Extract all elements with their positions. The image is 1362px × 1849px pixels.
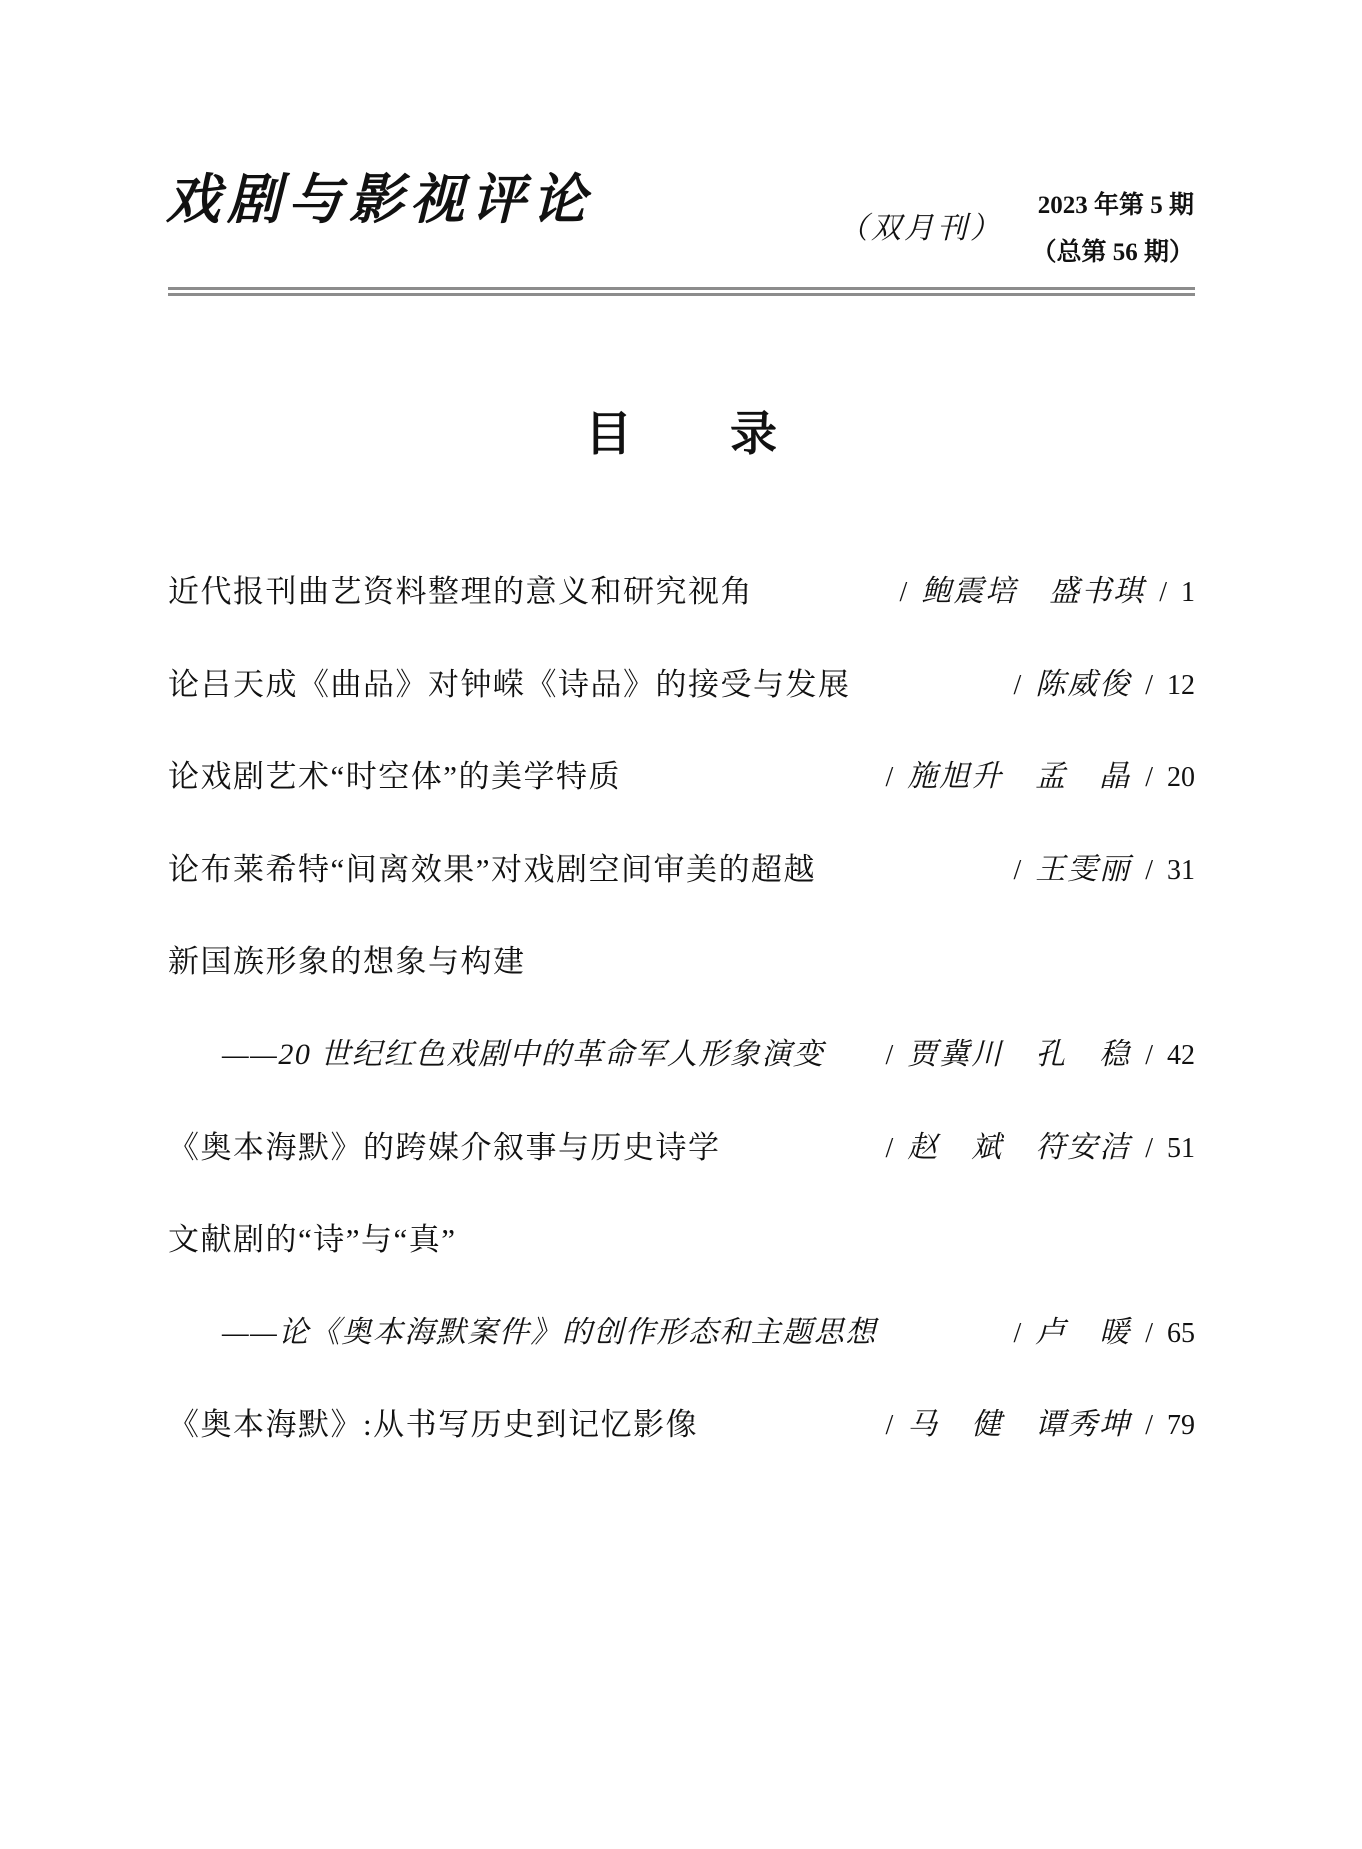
separator-slash: / [1145, 854, 1153, 888]
separator-slash: / [885, 1039, 893, 1073]
separator-slash: / [1013, 854, 1021, 888]
separator-slash: / [1013, 669, 1021, 703]
toc-entry: 论布莱希特“间离效果”对戏剧空间审美的超越 / 王雯丽 / 31 [168, 853, 1195, 946]
separator-slash: / [1145, 669, 1153, 703]
article-authors-page: / 鲍震培 盛书琪 / 1 [869, 575, 1195, 610]
header-divider-rule [168, 287, 1195, 296]
article-title: 论戏剧艺术“时空体”的美学特质 [168, 760, 621, 794]
article-subtitle: ——20 世纪红色戏剧中的革命军人形象演变 [168, 1038, 824, 1072]
page-number: 20 [1167, 761, 1195, 795]
article-authors-page: / 施旭升 孟 晶 / 20 [855, 760, 1195, 795]
article-authors-page: / 卢 暖 / 65 [983, 1316, 1195, 1351]
toc-entry-subtitle: ——论《奥本海默案件》的创作形态和主题思想 / 卢 暖 / 65 [168, 1316, 1195, 1409]
toc-heading: 目 录 [0, 410, 1362, 460]
separator-slash: / [1013, 1317, 1021, 1351]
article-title: 新国族形象的想象与构建 [168, 945, 526, 979]
article-title: 论吕天成《曲品》对钟嵘《诗品》的接受与发展 [168, 668, 851, 702]
toc-list: 近代报刊曲艺资料整理的意义和研究视角 / 鲍震培 盛书琪 / 1 论吕天成《曲品… [168, 575, 1195, 1501]
article-authors: 鲍震培 盛书琪 [921, 575, 1145, 609]
article-title: 论布莱希特“间离效果”对戏剧空间审美的超越 [168, 853, 816, 887]
toc-entry: 新国族形象的想象与构建 [168, 945, 1195, 1038]
toc-heading-char-left: 目 [585, 410, 632, 460]
page-number: 42 [1167, 1039, 1195, 1073]
issue-total-number: （总第 56 期） [1031, 240, 1194, 265]
separator-slash: / [1145, 761, 1153, 795]
separator-slash: / [1145, 1039, 1153, 1073]
journal-toc-page: 戏剧与影视评论 （双月刊） 2023 年第 5 期 （总第 56 期） 目 录 … [0, 0, 1362, 1849]
article-authors: 施旭升 孟 晶 [907, 760, 1131, 794]
separator-slash: / [885, 1409, 893, 1443]
article-authors: 王雯丽 [1035, 853, 1131, 887]
issue-info: 2023 年第 5 期 （总第 56 期） [1031, 193, 1194, 265]
toc-entry: 《奥本海默》的跨媒介叙事与历史诗学 / 赵 斌 符安洁 / 51 [168, 1131, 1195, 1224]
article-authors: 赵 斌 符安洁 [907, 1131, 1131, 1165]
toc-heading-char-right: 录 [730, 410, 777, 460]
toc-entry: 论戏剧艺术“时空体”的美学特质 / 施旭升 孟 晶 / 20 [168, 760, 1195, 853]
page-number: 1 [1181, 576, 1195, 610]
article-authors: 马 健 谭秀坤 [907, 1408, 1131, 1442]
page-number: 65 [1167, 1317, 1195, 1351]
page-number: 51 [1167, 1132, 1195, 1166]
frequency-label: （双月刊） [838, 212, 1003, 246]
separator-slash: / [1145, 1132, 1153, 1166]
article-authors: 卢 暖 [1035, 1316, 1131, 1350]
article-authors-page: / 王雯丽 / 31 [983, 853, 1195, 888]
separator-slash: / [1145, 1317, 1153, 1351]
article-authors-page: / 贾冀川 孔 稳 / 42 [855, 1038, 1195, 1073]
article-authors: 陈威俊 [1035, 668, 1131, 702]
article-authors-page: / 陈威俊 / 12 [983, 668, 1195, 703]
article-subtitle: ——论《奥本海默案件》的创作形态和主题思想 [168, 1316, 877, 1350]
article-title: 近代报刊曲艺资料整理的意义和研究视角 [168, 575, 753, 609]
article-authors-page: / 马 健 谭秀坤 / 79 [855, 1408, 1195, 1443]
toc-entry: 近代报刊曲艺资料整理的意义和研究视角 / 鲍震培 盛书琪 / 1 [168, 575, 1195, 668]
article-title: 《奥本海默》:从书写历史到记忆影像 [168, 1408, 698, 1442]
separator-slash: / [885, 1132, 893, 1166]
issue-number: 2023 年第 5 期 [1038, 192, 1194, 219]
toc-entry: 《奥本海默》:从书写历史到记忆影像 / 马 健 谭秀坤 / 79 [168, 1408, 1195, 1501]
article-authors-page: / 赵 斌 符安洁 / 51 [855, 1131, 1195, 1166]
page-number: 79 [1167, 1409, 1195, 1443]
journal-title: 戏剧与影视评论 [166, 168, 593, 232]
toc-entry: 论吕天成《曲品》对钟嵘《诗品》的接受与发展 / 陈威俊 / 12 [168, 668, 1195, 761]
page-number: 31 [1167, 854, 1195, 888]
article-title: 文献剧的“诗”与“真” [168, 1223, 457, 1257]
toc-entry: 文献剧的“诗”与“真” [168, 1223, 1195, 1316]
separator-slash: / [1159, 576, 1167, 610]
article-title: 《奥本海默》的跨媒介叙事与历史诗学 [168, 1131, 721, 1165]
separator-slash: / [1145, 1409, 1153, 1443]
page-number: 12 [1167, 669, 1195, 703]
separator-slash: / [885, 761, 893, 795]
article-authors: 贾冀川 孔 稳 [907, 1038, 1131, 1072]
separator-slash: / [899, 576, 907, 610]
toc-entry-subtitle: ——20 世纪红色戏剧中的革命军人形象演变 / 贾冀川 孔 稳 / 42 [168, 1038, 1195, 1131]
